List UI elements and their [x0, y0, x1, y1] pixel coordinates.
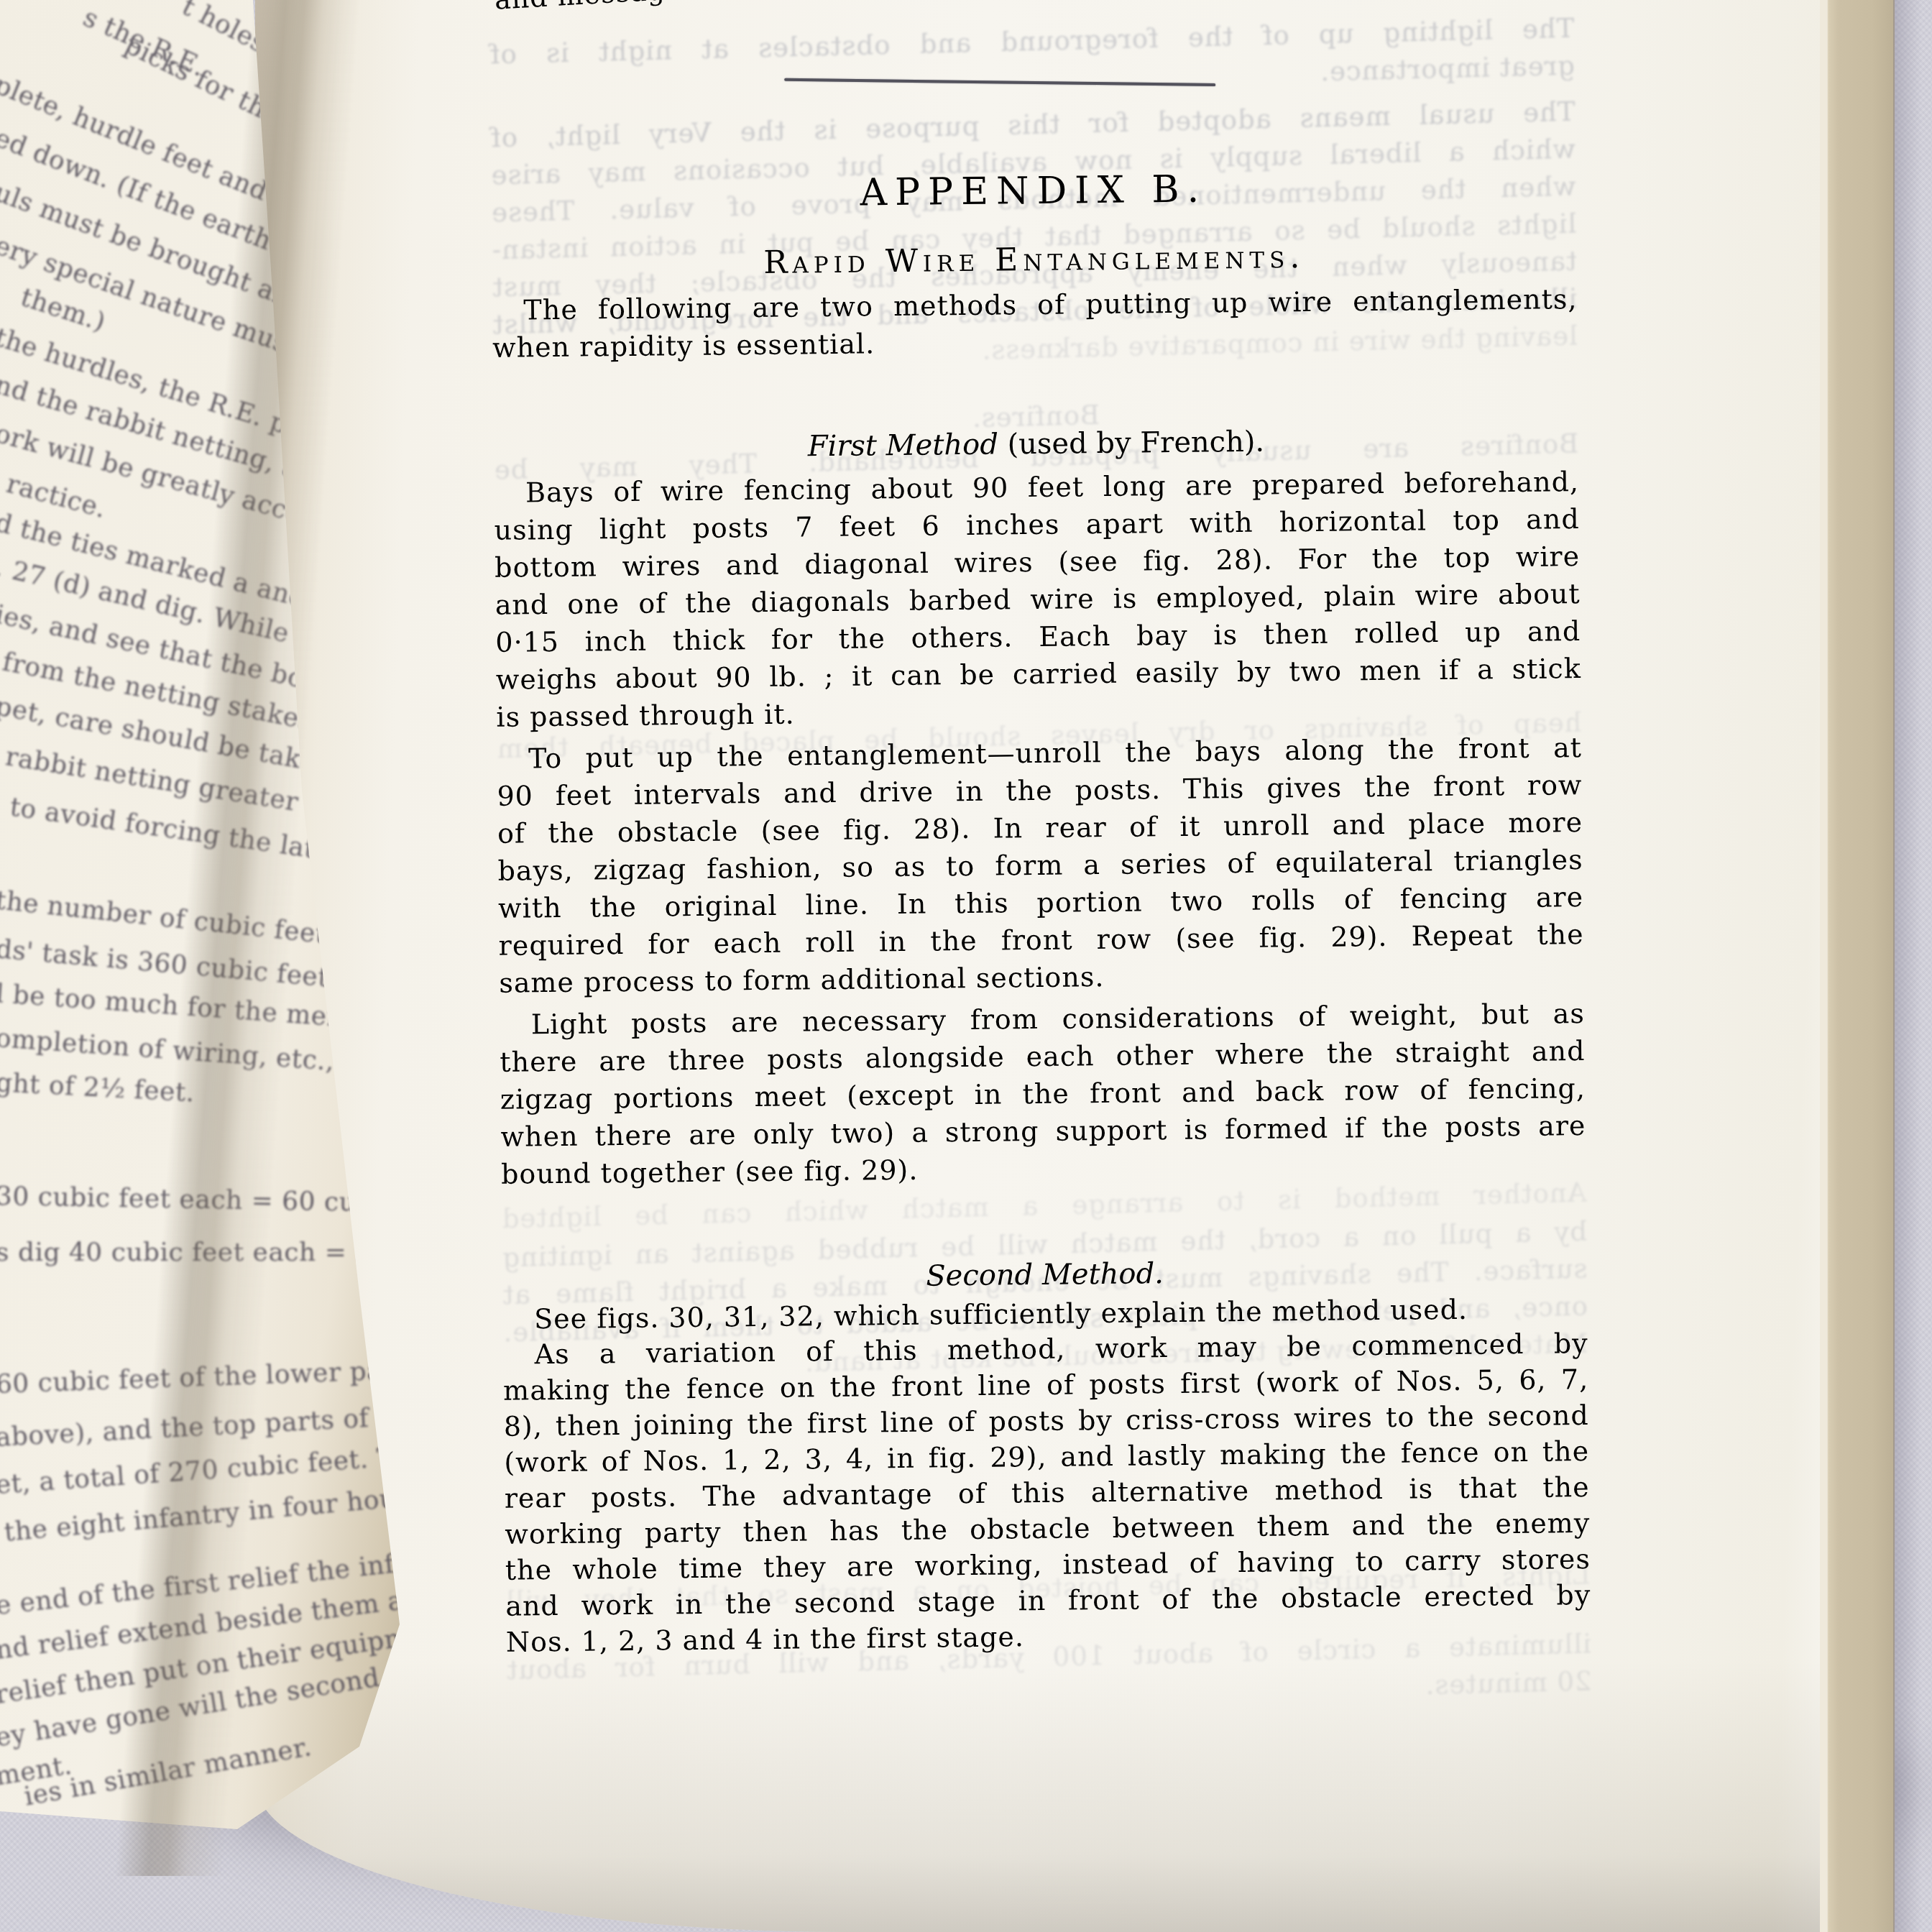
- first-method-heading-roman: (used by French).: [998, 425, 1265, 461]
- ghost-bleedthrough-line: heap of shavings or dry leaves should be…: [496, 706, 1582, 767]
- text-line: The following are two methods of putting…: [492, 280, 1577, 329]
- text-line: 90 feet intervals and drive in the posts…: [497, 766, 1582, 815]
- text-line: required for each roll in the front row …: [498, 916, 1583, 965]
- text-line: bays, zigzag fashion, so as to form a se…: [497, 841, 1583, 890]
- paragraph-variation: As a variation of this method, work may …: [502, 1325, 1591, 1660]
- text-line: bound together (see fig. 29).: [501, 1144, 1586, 1193]
- ghost-bleedthrough-line: Material for renewing the fires should b…: [502, 1326, 1588, 1387]
- text-line: when rapidity is essential.: [492, 318, 1578, 367]
- text-line: rear posts. The advantage of this altern…: [505, 1469, 1590, 1517]
- first-method-heading: First Method (used by French).: [493, 420, 1578, 469]
- text-line: of the obstacle (see fig. 28). In rear o…: [497, 804, 1583, 852]
- right-page: The lighting up of the foreground and ob…: [255, 0, 1821, 1932]
- paragraph-see-figs: See figs. 30, 31, 32, which sufficiently…: [502, 1289, 1588, 1338]
- intro-paragraph: The following are two methods of putting…: [492, 280, 1578, 367]
- ghost-bleedthrough-line: Bonfires.: [493, 387, 1579, 448]
- text-line: 0·15 inch thick for the others. Each bay…: [495, 612, 1581, 661]
- ghost-bleedthrough-line: when the undermentioned methods may prov…: [491, 170, 1577, 231]
- page-fore-edge: [1820, 0, 1895, 1932]
- text-line: zigzag portions meet (except in the fron…: [500, 1069, 1586, 1118]
- ghost-bleedthrough-line: which a liberal supply is now available,…: [490, 132, 1576, 193]
- text-line: with the original line. In this portion …: [498, 878, 1583, 927]
- text-line: To put up the entanglement—unroll the ba…: [497, 729, 1582, 778]
- ghost-bleedthrough-line: great importance.: [489, 49, 1575, 110]
- ghost-bleedthrough-line: once, and petroleum or pitch should be a…: [502, 1289, 1588, 1350]
- text-line: bottom wires and diagonal wires (see fig…: [494, 538, 1580, 586]
- ghost-bleedthrough-line: surface. The shavings must be enough to …: [502, 1251, 1588, 1312]
- text-line: working party then has the obstacle betw…: [505, 1505, 1590, 1552]
- text-line: there are three posts alongside each oth…: [500, 1032, 1585, 1081]
- paragraph-bays: Bays of wire fencing about 90 feet long …: [494, 463, 1582, 736]
- text-line: and one of the diagonals barbed wire is …: [495, 575, 1581, 624]
- text-line: using light posts 7 feet 6 inches apart …: [494, 500, 1579, 549]
- ghost-bleedthrough-line: illuminate the whole of the obstacles an…: [492, 282, 1578, 343]
- paragraph-to-put-up: To put up the entanglement—unroll the ba…: [497, 729, 1585, 1002]
- ghost-bleedthrough-line: The usual means adopted for this purpose…: [489, 95, 1575, 156]
- ghost-bleedthrough-line: Bonfires are usually prepared beforehand…: [493, 427, 1579, 488]
- book-photo: { "photo": { "background_color": "#d3d2d…: [0, 0, 1932, 1932]
- second-method-heading: Second Method.: [502, 1251, 1587, 1299]
- text-line: the whole time they are working, instead…: [505, 1541, 1591, 1588]
- ghost-bleedthrough-line: Another method is to arrange a match whi…: [501, 1175, 1587, 1236]
- text-line: when there are only two) a strong suppor…: [500, 1107, 1586, 1156]
- ghost-bleedthrough-line: Lights, if required, can be hoisted on a…: [505, 1558, 1591, 1619]
- text-line: Light posts are necessary from considera…: [500, 995, 1585, 1044]
- text-line: (work of Nos. 1, 2, 3, 4, in fig. 29), a…: [504, 1433, 1589, 1481]
- first-method-heading-italic: First Method: [808, 428, 999, 464]
- ghost-bleedthrough-line: The lighting up of the foreground and ob…: [489, 11, 1575, 73]
- text-line: As a variation of this method, work may …: [502, 1325, 1588, 1373]
- text-line: and work in the second stage in front of…: [505, 1577, 1591, 1624]
- ghost-bleedthrough-line: leaving the wire in comparative darkness…: [492, 319, 1578, 380]
- right-page-text-column: The lighting up of the foreground and ob…: [489, 0, 1594, 1932]
- left-page-fragment: ght of 2½ feet.: [0, 1068, 195, 1108]
- text-line: is passed through it.: [496, 687, 1581, 736]
- ghost-bleedthrough-line: taneously when the enemy approaches the …: [492, 244, 1578, 305]
- text-line: 8), then joining the first line of posts…: [503, 1397, 1588, 1445]
- ghost-bleedthrough-line: lights should be so arranged that they c…: [491, 207, 1577, 268]
- ghost-bleedthrough-line: illuminate a circle of about 100 yards, …: [506, 1627, 1592, 1688]
- ghost-bleedthrough-line: by a pull on a cord, the match will be r…: [502, 1214, 1588, 1275]
- appendix-heading: APPENDIX B.: [491, 165, 1577, 217]
- text-line: See figs. 30, 31, 32, which sufficiently…: [502, 1289, 1588, 1338]
- text-line: making the fence on the front line of po…: [503, 1361, 1588, 1409]
- ghost-bleedthrough-line: 20 minutes.: [506, 1664, 1592, 1725]
- top-partial-line: and message to that effect sent.: [494, 0, 962, 16]
- text-line: same process to form additional sections…: [499, 953, 1584, 1002]
- text-line: weighs about 90 lb. ; it can be carried …: [496, 650, 1581, 699]
- fore-edge-shadow: [1893, 0, 1922, 1932]
- paragraph-light-posts: Light posts are necessary from considera…: [500, 995, 1587, 1193]
- horizontal-rule: [784, 78, 1215, 86]
- section-heading: Rapid Wire Entanglements.: [492, 236, 1577, 285]
- text-line: Nos. 1, 2, 3 and 4 in the first stage.: [506, 1613, 1591, 1660]
- text-line: Bays of wire fencing about 90 feet long …: [494, 463, 1579, 512]
